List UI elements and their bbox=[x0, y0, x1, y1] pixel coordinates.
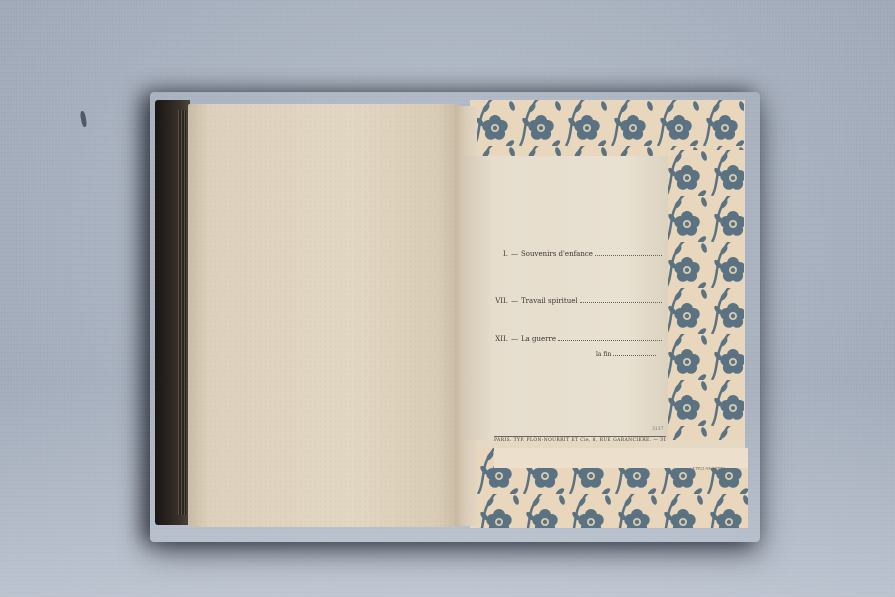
toc-title: Travail spirituel bbox=[521, 297, 578, 305]
toc-dash: — bbox=[511, 335, 518, 343]
toc-number: VII. bbox=[494, 297, 508, 305]
toc-fin-entry: la fin bbox=[596, 350, 656, 358]
printer-imprint: PARIS. TYP. PLON-NOURRIT ET Cie, 8, RUE … bbox=[494, 436, 666, 448]
cover-flap-fold-band bbox=[494, 448, 748, 468]
made-in-label: MADE IN ITALY bbox=[692, 466, 725, 471]
leader-dots bbox=[580, 297, 662, 303]
toc-entry: XII. — La guerre bbox=[494, 335, 662, 343]
toc-title: Souvenirs d'enfance bbox=[521, 250, 593, 258]
toc-number: XII. bbox=[494, 335, 508, 343]
toc-dash: — bbox=[511, 297, 518, 305]
leader-dots bbox=[558, 335, 662, 341]
floral-cover-flap-right bbox=[664, 150, 744, 440]
fin-label: la fin bbox=[596, 351, 611, 358]
toc-entry: VII. — Travail spirituel bbox=[494, 297, 662, 305]
toc-entry: I. — Souvenirs d'enfance bbox=[494, 250, 662, 258]
leader-dots bbox=[613, 350, 656, 356]
left-page-blank bbox=[188, 104, 460, 527]
flower-pattern-icon bbox=[664, 150, 744, 440]
book-spine-edge bbox=[155, 100, 190, 525]
leader-dots bbox=[595, 250, 662, 256]
toc-title: La guerre bbox=[521, 335, 556, 343]
toc-dash: — bbox=[511, 250, 518, 258]
toc-number: I. bbox=[494, 250, 508, 258]
page-signature: 3137 bbox=[652, 427, 663, 432]
